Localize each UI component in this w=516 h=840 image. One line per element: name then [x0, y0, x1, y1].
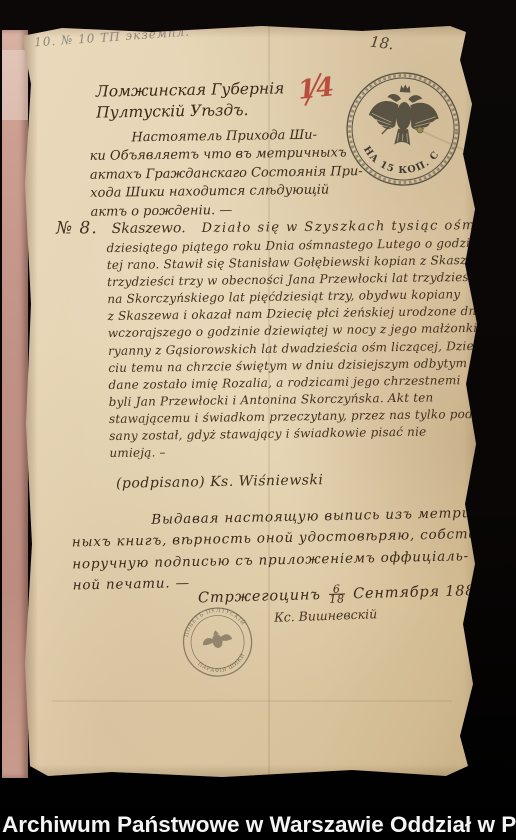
act-place: Skaszewo.	[112, 220, 186, 237]
cover-edge-highlight	[2, 50, 28, 120]
document-header: Ломжинская Губернія Пултускій Уѣздъ.	[96, 78, 285, 123]
page-number-annotation: 18.	[369, 33, 395, 54]
archive-caption: Archiwum Państwowe w Warszawie Oddział w…	[0, 810, 516, 838]
red-number-annotation: 14	[297, 72, 336, 106]
seal-eagle-icon	[200, 627, 233, 651]
scan-background: 10. № 10 ТП экземпл. 18. 14	[0, 0, 516, 840]
act-opening-line: Działo się w Szyszkach tysiąc ośmset pię…	[202, 217, 516, 236]
act-number: № 8.	[56, 218, 98, 238]
header-governorate: Ломжинская Губернія	[96, 78, 285, 102]
manuscript-line: хода Шики находится слѣдующій	[90, 181, 363, 203]
fold-crease	[52, 700, 452, 702]
date-day-new-style: 18	[329, 593, 345, 603]
parish-seal: ПОВЕТЪ ПУЛТУСКІЙ ПАРАФІЯ ШИКИ	[173, 597, 264, 691]
red-number-value: 14	[297, 72, 336, 106]
imperial-eagle-icon	[367, 83, 440, 147]
svg-text:ПАРАФІЯ ШИКИ: ПАРАФІЯ ШИКИ	[195, 651, 249, 678]
intro-paragraph: Настоятель Прихода Ши-ки Объявляетъ что …	[89, 126, 363, 222]
certification-signature: Кс. Вишневскій	[274, 606, 378, 625]
date-rest: Сентября 1880 года	[353, 582, 516, 603]
header-uyezd: Пултускій Уѣздъ.	[96, 99, 285, 123]
act-body: dziesiątego piątego roku Dnia ośmnastego…	[106, 234, 516, 462]
document-page: 10. № 10 ТП экземпл. 18. 14	[22, 24, 490, 780]
archive-caption-bar: Archiwum Państwowe w Warszawie Oddział w…	[0, 810, 516, 840]
pencil-note: 10. № 10 ТП экземпл.	[34, 25, 191, 50]
cover-edge	[2, 30, 28, 778]
seal-bottom-text: ПАРАФІЯ ШИКИ	[195, 651, 249, 678]
act-signed-line: (podpisano) Ks. Wiśniewski	[116, 472, 324, 492]
date-fraction: 6 18	[329, 584, 345, 603]
